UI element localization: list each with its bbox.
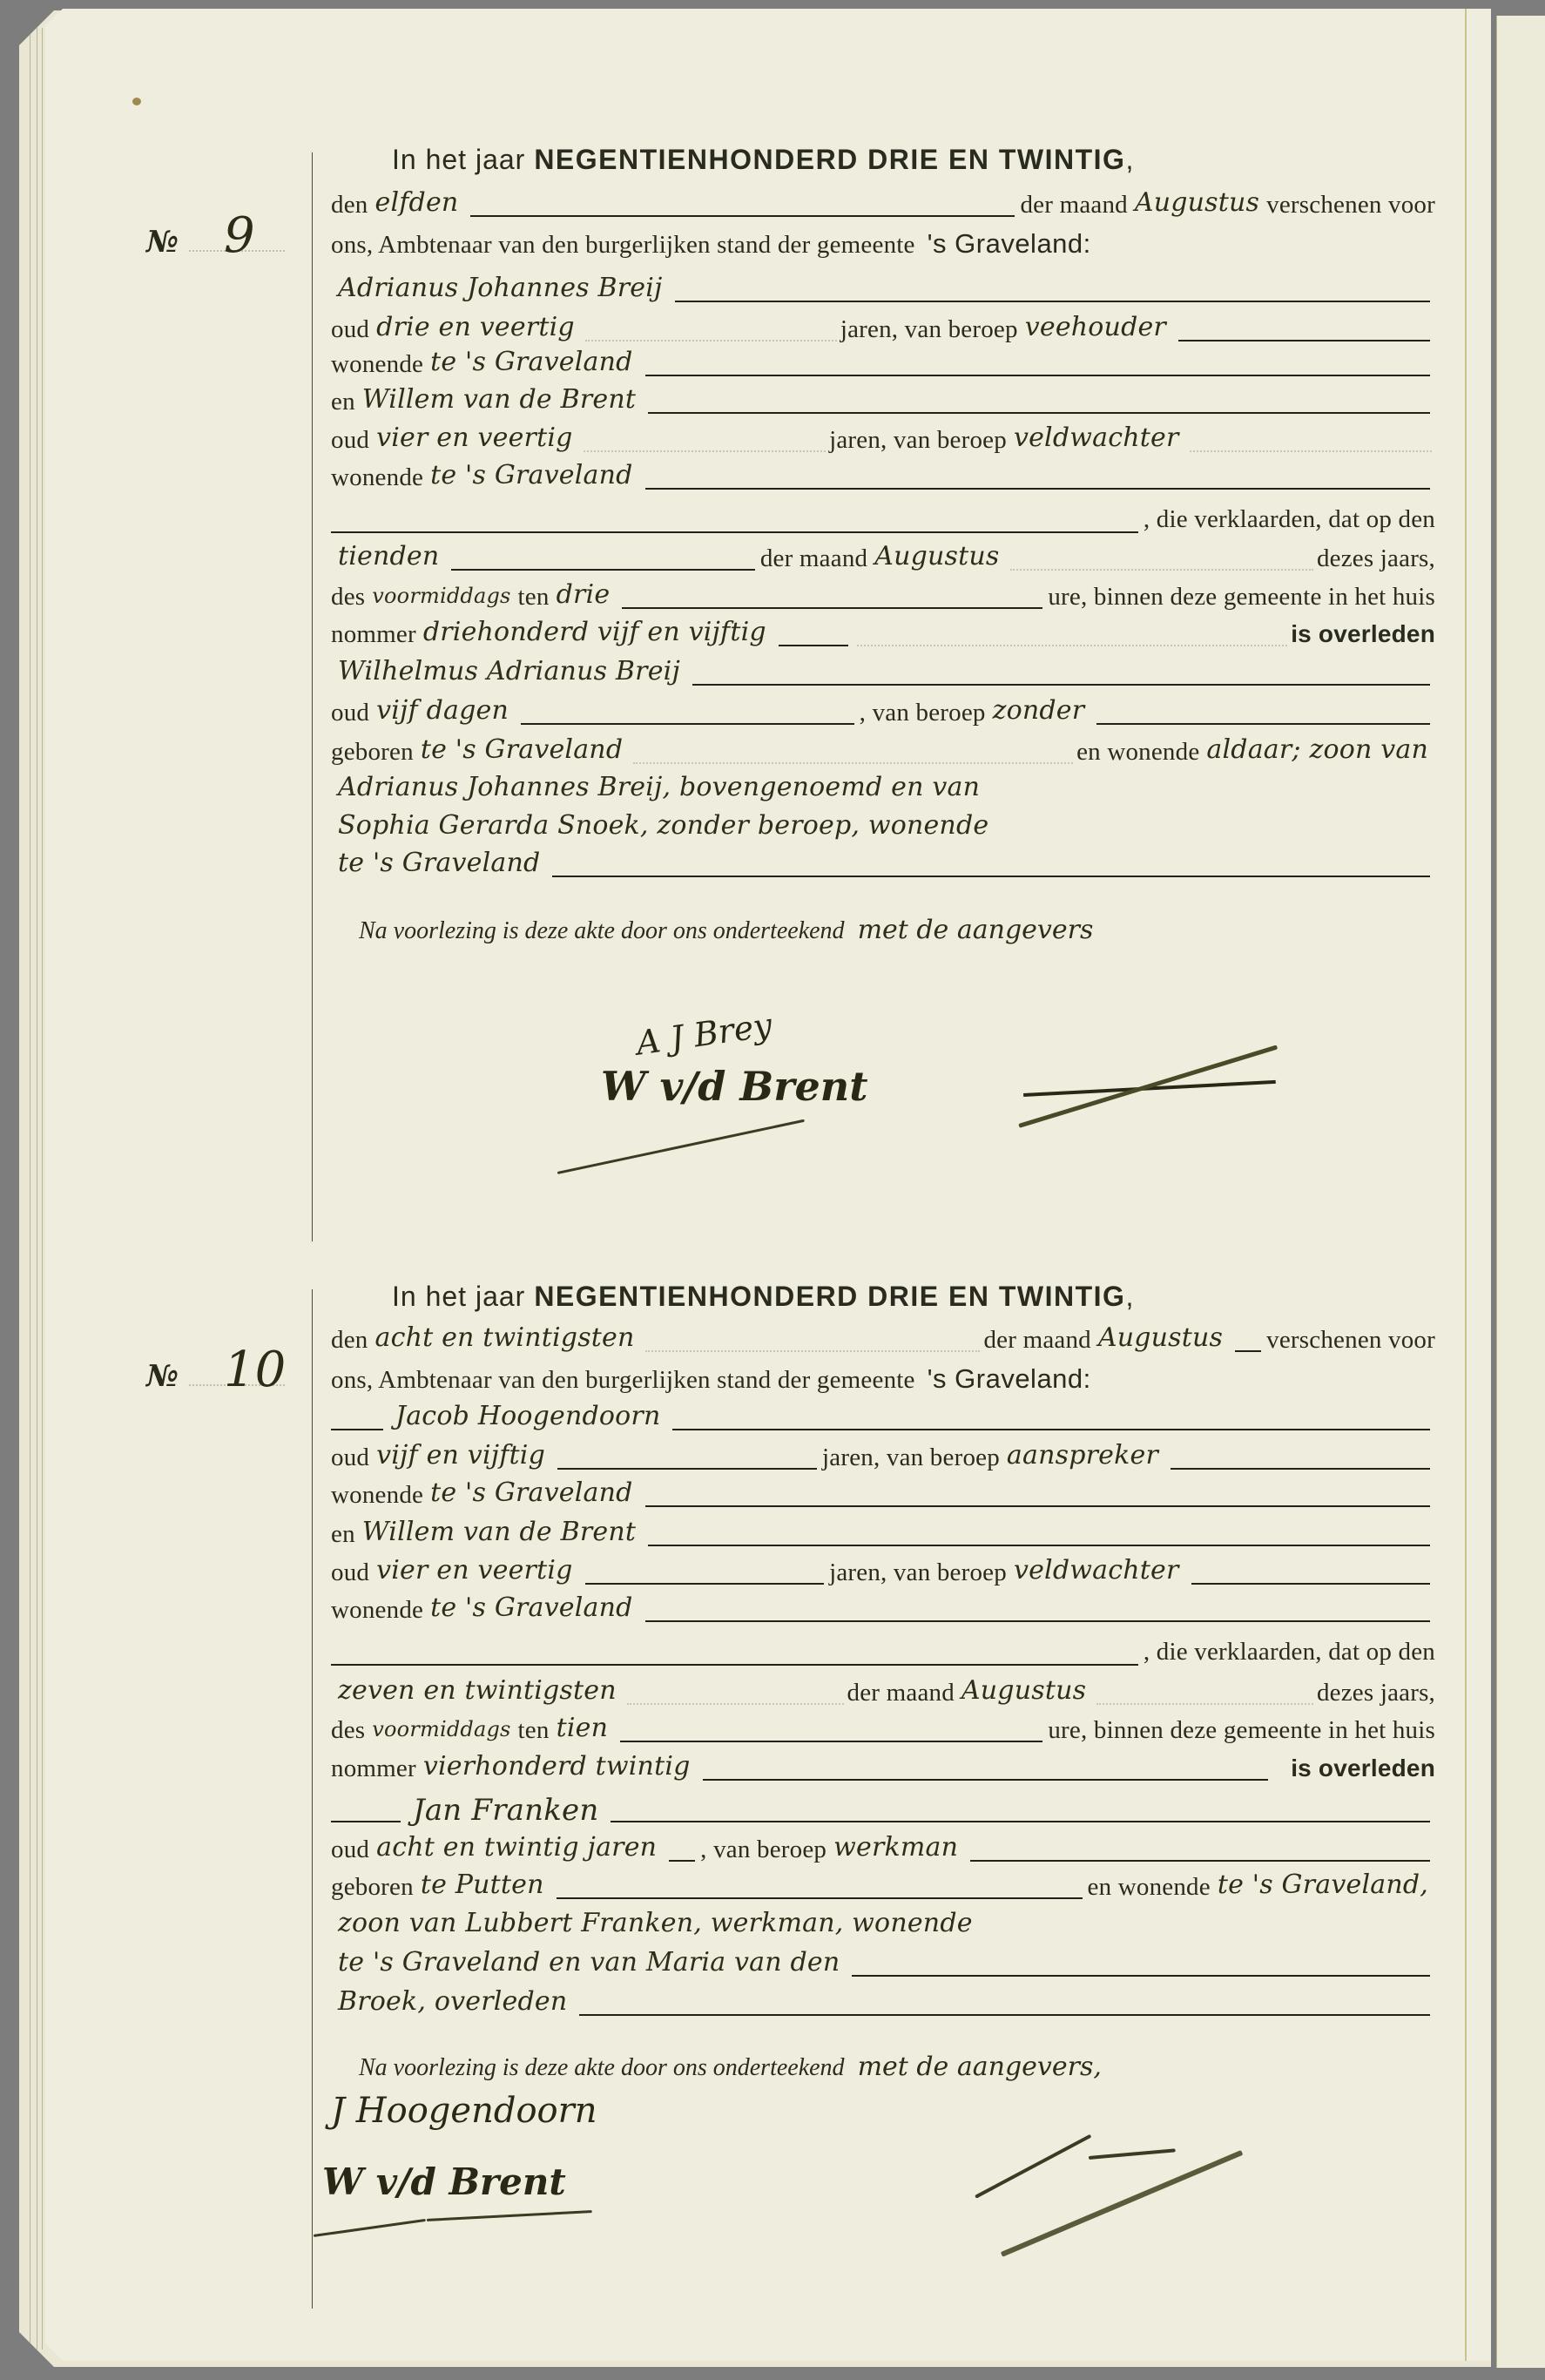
fill-line [552,876,1430,877]
declarant2-age: vier en veertig [369,423,579,453]
dotted-line [584,450,826,452]
act-number-value: 9 [224,207,255,264]
label-ten: ten [518,583,550,612]
parents-text: zoon van Lubbert Franken, werkman, wonen… [331,1908,980,1938]
declarant1-residence-line: wonende te 's Graveland [331,1479,1435,1518]
house-line: nommer driehonderd vijf en vijftig is ov… [331,619,1435,657]
deceased-age-line: oud acht en twintig jaren , van beroep w… [331,1834,1435,1872]
act-number-value: 10 [224,1342,286,1398]
label-oud: oud [331,315,369,344]
label-oud: oud [331,426,369,455]
fill-line [331,1429,383,1430]
label-wonende: wonende [331,1596,423,1625]
declaration-line: , die verklaarden, dat op den [331,1638,1435,1676]
declarant1-age-line: oud vijf en vijftig jaren, van beroep aa… [331,1442,1435,1480]
heading-line: In het jaar NEGENTIENHONDERD DRIE EN TWI… [331,1281,1435,1319]
dotted-line [1010,569,1313,571]
label-van-beroep: , van beroep [700,1836,826,1864]
registration-day: acht en twintigsten [368,1322,641,1353]
label-dezes-jaars: dezes jaars, [1317,1679,1435,1707]
label-is-overleden: is overleden [1291,620,1435,648]
fill-line [557,1468,817,1470]
dotted-line [857,645,1287,646]
death-time-line: des voormiddags ten drie ure, binnen dez… [331,581,1435,619]
fill-line [622,607,1042,609]
deceased-name-line: Wilhelmus Adrianus Breij [331,658,1435,696]
fill-line [331,531,1138,533]
label-ure-binnen: ure, binnen deze gemeente in het huis [1048,583,1435,612]
fill-line [852,1975,1430,1977]
fill-line [1178,340,1430,341]
dotted-line [1190,450,1433,452]
fill-line [645,1620,1430,1622]
label-verschenen-voor: verschenen voor [1266,1326,1435,1355]
label-wonende: wonende [331,350,423,379]
number-sign: № [146,225,179,260]
fill-line [451,569,754,571]
death-day: tienden [331,541,446,571]
declarant1-occupation: aanspreker [1000,1440,1165,1471]
fill-line [672,1429,1430,1430]
deceased-occupation: werkman [826,1832,965,1863]
declarant2-age: vier en veertig [369,1555,579,1586]
label-dezes-jaars: dezes jaars, [1317,544,1435,573]
fill-line [970,1860,1430,1862]
signature-declarant2: W v/d Brent [601,1063,867,1110]
fill-line [585,1583,825,1585]
fill-line [557,1897,1083,1899]
municipality: 's Graveland: [928,1363,1091,1395]
parents-line-2: te 's Graveland en van Maria van den [331,1949,1435,1987]
label-nommer: nommer [331,620,416,649]
declarant1-name-line: Jacob Hoogendoorn [331,1403,1435,1441]
binding-gutter [1465,9,1467,2361]
date-line: den elfden der maand Augustus verschenen… [331,189,1435,227]
declarant1-name-line: Adrianus Johannes Breij [331,274,1435,313]
registration-day: elfden [368,187,465,218]
label-des: des [331,583,365,612]
closing-handwritten: met de aangevers, [851,2052,1109,2082]
label-den: den [331,1326,368,1355]
year-text: NEGENTIENHONDERD DRIE EN TWINTIG [534,1281,1125,1313]
declarant2-name: Willem van de Brent [355,384,643,415]
label-jaren-van-beroep: jaren, van beroep [829,1558,1007,1587]
declarant2-name-line: en Willem van de Brent [331,386,1435,424]
fill-line [675,301,1430,302]
death-date-line: tienden der maand Augustus dezes jaars, [331,543,1435,581]
label-oud: oud [331,699,369,727]
fill-line [470,215,1015,217]
fill-line [692,684,1430,686]
closing-handwritten: met de aangevers [851,915,1101,945]
fill-line [331,1821,401,1822]
signature-declarant1: J Hoogendoorn [331,2091,597,2131]
act-number: № 9 [146,225,285,260]
fill-line [331,1664,1138,1666]
declarant1-residence: te 's Graveland [423,347,639,377]
number-dotted-line: 9 [189,249,285,252]
page-edge-line [30,28,30,2350]
dotted-line [645,1350,981,1352]
fill-line [669,1860,695,1862]
label-jaren-van-beroep: jaren, van beroep [822,1444,1000,1472]
number-dotted-line: 10 [189,1383,285,1386]
declarant2-name: Willem van de Brent [355,1517,643,1547]
page-edge-line [42,28,43,2350]
house-number: driehonderd vijf en vijftig [416,617,773,647]
deceased-name: Wilhelmus Adrianus Breij [331,656,687,686]
paper-stain [132,98,141,105]
deceased-occupation: zonder [986,695,1092,726]
deceased-name: Jan Franken [406,1793,605,1828]
death-hour: tien [550,1713,616,1743]
heading-line: In het jaar NEGENTIENHONDERD DRIE EN TWI… [331,144,1435,182]
registration-month: Augustus [1128,187,1266,218]
fill-line [645,375,1430,376]
parents-text: Sophia Gerarda Snoek, zonder beroep, won… [331,810,995,841]
house-line: nommer vierhonderd twintig is overleden [331,1753,1435,1791]
label-in-het-jaar: In het jaar [392,144,525,176]
declarant1-name: Adrianus Johannes Breij [331,273,670,303]
fill-line [645,488,1430,490]
fill-line [648,1545,1430,1546]
parents-line-3: te 's Graveland [331,849,1435,888]
declarant2-name-line: en Willem van de Brent [331,1518,1435,1557]
declarant2-age-line: oud vier en veertig jaren, van beroep ve… [331,1557,1435,1595]
fill-line [703,1779,1269,1781]
closing-statement: Na voorlezing is deze akte door ons onde… [359,915,1100,945]
facing-page-edge [1496,16,1545,2368]
deceased-age: acht en twintig jaren [369,1832,664,1863]
label-die-verklaarden: , die verklaarden, dat op den [1144,1638,1435,1667]
fill-line [648,412,1430,414]
parents-text: Adrianus Johannes Breij, bovengenoemd en… [331,772,987,802]
page-edge-line [37,28,37,2350]
death-date-line: zeven en twintigsten der maand Augustus … [331,1677,1435,1715]
label-geboren: geboren [331,738,414,767]
declarant1-occupation: veehouder [1018,312,1173,342]
declarant1-residence-line: wonende te 's Graveland [331,348,1435,387]
year-text: NEGENTIENHONDERD DRIE EN TWINTIG [534,144,1125,176]
fill-line [1235,1350,1261,1352]
label-oud: oud [331,1558,369,1587]
birthplace-line: geboren te 's Graveland en wonende aldaa… [331,736,1435,774]
birthplace: te Putten [414,1870,551,1900]
dotted-line [1096,1703,1313,1705]
label-ten: ten [518,1716,550,1745]
closing-statement: Na voorlezing is deze akte door ons onde… [359,2052,1109,2082]
declarant1-name: Jacob Hoogendoorn [388,1401,667,1431]
fill-line [521,723,854,725]
death-hour: drie [550,579,617,610]
declarant2-residence-line: wonende te 's Graveland [331,1594,1435,1633]
fill-line [1171,1468,1430,1470]
parents-text: te 's Graveland en van Maria van den [331,1947,847,1978]
parents-line-3: Broek, overleden [331,1988,1435,2026]
registration-month: Augustus [1091,1322,1230,1353]
label-verschenen-voor: verschenen voor [1266,191,1435,220]
deceased-residence: te 's Graveland, [1211,1870,1435,1900]
label-geboren: geboren [331,1873,414,1902]
dotted-line [633,762,1073,764]
fill-line [611,1821,1430,1822]
time-of-day: voormiddags [365,1717,517,1741]
birthplace: te 's Graveland [414,734,630,765]
label-ambtenaar: ons, Ambtenaar van den burgerlijken stan… [331,231,915,260]
declarant1-age: vijf en vijftig [369,1440,552,1471]
label-jaren-van-beroep: jaren, van beroep [840,315,1018,344]
fill-line [1096,723,1430,725]
official-line: ons, Ambtenaar van den burgerlijken stan… [331,1363,1435,1402]
label-is-overleden: is overleden [1291,1755,1435,1782]
label-en-wonende: en wonende [1076,738,1199,767]
declarant2-residence: te 's Graveland [423,460,639,490]
declarant2-age-line: oud vier en veertig jaren, van beroep ve… [331,424,1435,463]
label-in-het-jaar: In het jaar [392,1281,525,1313]
declaration-line: , die verklaarden, dat op den [331,505,1435,544]
official-line: ons, Ambtenaar van den burgerlijken stan… [331,228,1435,267]
time-of-day: voormiddags [365,584,517,608]
declarant2-occupation: veldwachter [1007,1555,1186,1586]
label-der-maand: der maand [760,544,867,573]
parents-line-1: Adrianus Johannes Breij, bovengenoemd en… [331,774,1435,812]
date-line: den acht en twintigsten der maand August… [331,1324,1435,1362]
declarant2-residence: te 's Graveland [423,1592,639,1623]
label-wonende: wonende [331,463,423,492]
label-wonende: wonende [331,1481,423,1510]
declarant1-residence: te 's Graveland [423,1477,639,1508]
label-na-voorlezing: Na voorlezing is deze akte door ons onde… [359,2054,845,2081]
label-ambtenaar: ons, Ambtenaar van den burgerlijken stan… [331,1366,915,1395]
label-en: en [331,1520,355,1549]
label-nommer: nommer [331,1755,416,1783]
death-day: zeven en twintigsten [331,1675,624,1706]
parents-line-1: zoon van Lubbert Franken, werkman, wonen… [331,1910,1435,1948]
parents-text: te 's Graveland [331,848,547,878]
act-number: № 10 [146,1359,285,1394]
label-der-maand: der maand [1020,191,1127,220]
parents-line-2: Sophia Gerarda Snoek, zonder beroep, won… [331,812,1435,850]
deceased-residence: aldaar; zoon van [1199,734,1435,765]
dotted-line [627,1703,844,1705]
fill-line [620,1741,1042,1742]
label-na-voorlezing: Na voorlezing is deze akte door ons onde… [359,917,845,944]
label-des: des [331,1716,365,1745]
label-jaren-van-beroep: jaren, van beroep [829,426,1007,455]
death-time-line: des voormiddags ten tien ure, binnen dez… [331,1714,1435,1753]
label-der-maand: der maand [983,1326,1090,1355]
deceased-age: vijf dagen [369,695,516,726]
death-month: Augustus [955,1675,1093,1706]
deceased-name-line: Jan Franken [331,1795,1435,1833]
death-month: Augustus [867,541,1006,571]
municipality: 's Graveland: [928,228,1091,260]
signature-declarant2: W v/d Brent [322,2160,566,2203]
birthplace-line: geboren te Putten en wonende te 's Grave… [331,1871,1435,1910]
label-en: en [331,388,355,416]
label-der-maand: der maand [847,1679,955,1707]
margin-rule [312,152,313,1241]
declarant2-occupation: veldwachter [1007,423,1186,453]
fill-line [645,1505,1430,1507]
house-number: vierhonderd twintig [416,1751,698,1782]
label-ure-binnen: ure, binnen deze gemeente in het huis [1048,1716,1435,1745]
label-die-verklaarden: , die verklaarden, dat op den [1144,505,1435,534]
label-oud: oud [331,1444,369,1472]
declarant1-age: drie en veertig [369,312,582,342]
fill-line [779,645,848,646]
label-den: den [331,191,368,220]
fill-line [579,2014,1430,2016]
margin-rule [312,1289,313,2309]
label-oud: oud [331,1836,369,1864]
signature-official: Ambtenaar [1002,1041,1228,1084]
label-van-beroep: , van beroep [860,699,986,727]
label-en-wonende: en wonende [1088,1873,1211,1902]
dotted-line [585,340,837,341]
fill-line [1191,1583,1431,1585]
declarant2-residence-line: wonende te 's Graveland [331,462,1435,500]
number-sign: № [146,1359,179,1394]
parents-text: Broek, overleden [331,1986,574,2017]
deceased-age-line: oud vijf dagen , van beroep zonder [331,697,1435,735]
